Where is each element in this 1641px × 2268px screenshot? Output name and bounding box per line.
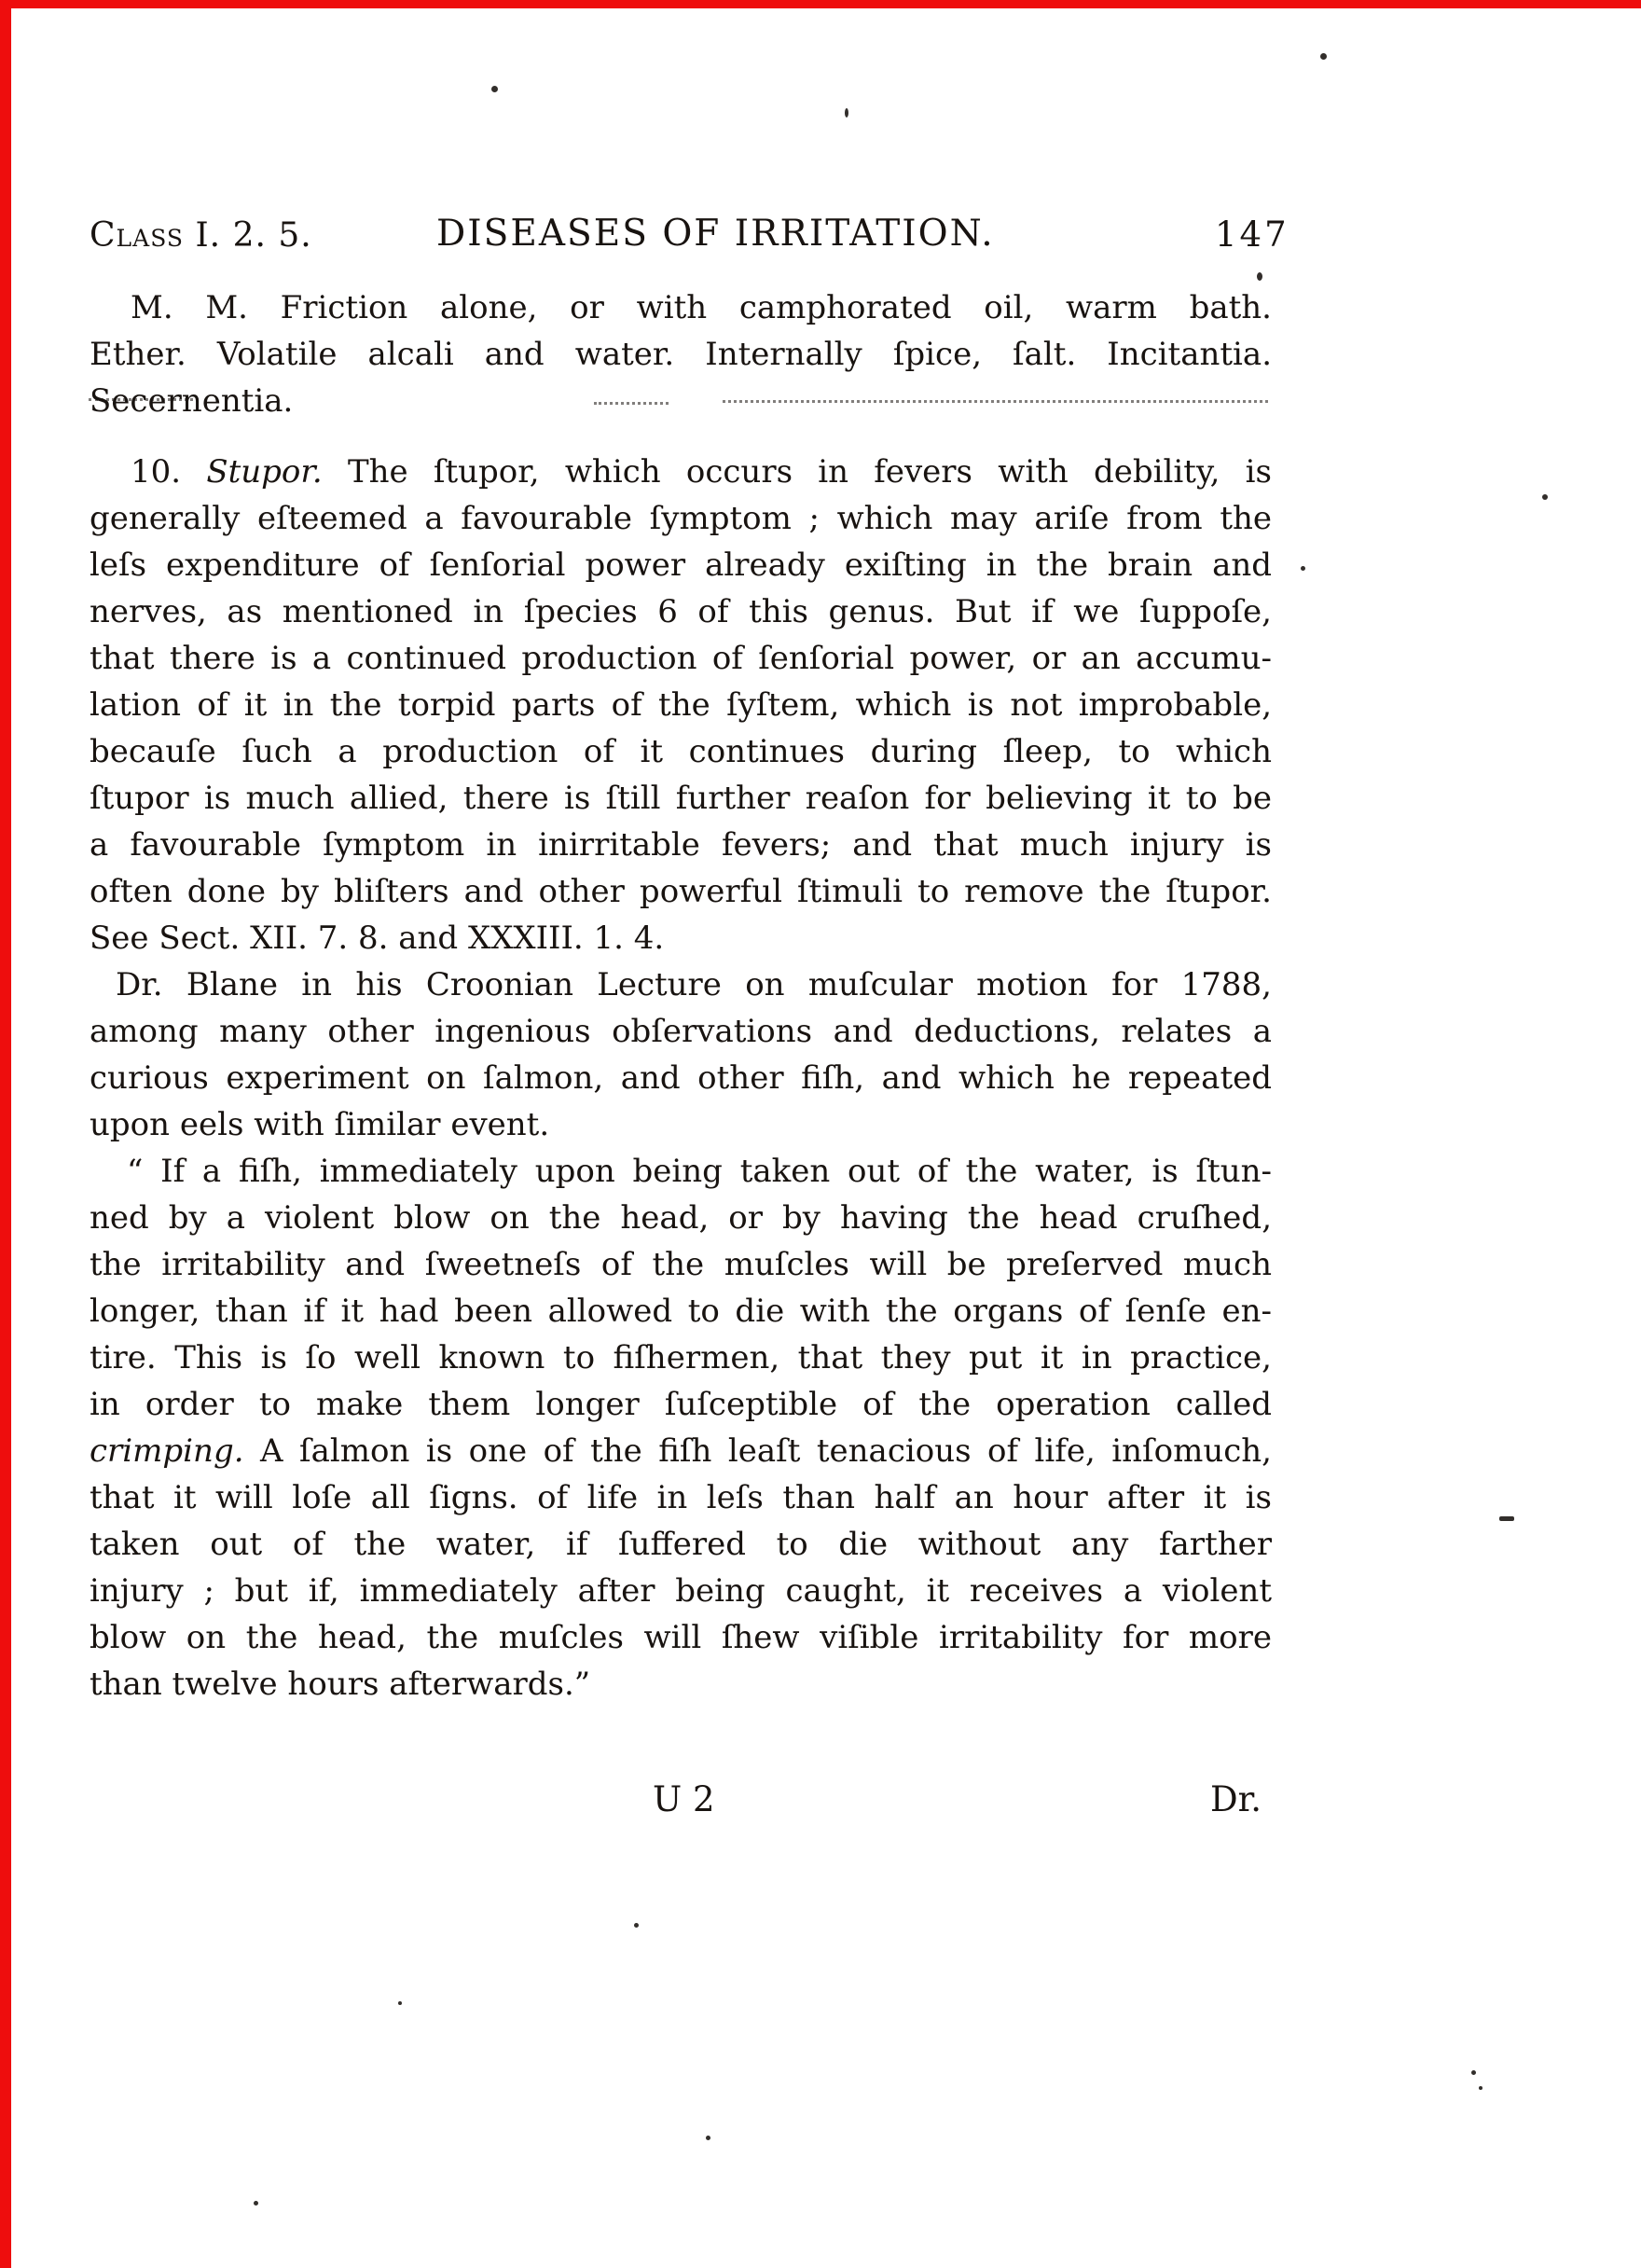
page-title: DISEASES OF IRRITATION. [436,213,995,255]
text-segment: a favourable ſymptom in inirritable feve… [90,826,1272,864]
text-segment: in order to make them longer ſuſceptible… [90,1386,1272,1423]
scan-edge-left [0,0,11,2268]
text-segment: tire. This is ſo well known to fiſhermen… [90,1339,1272,1376]
scan-speck [1471,2070,1476,2075]
text-segment: than twelve hours afterwards.” [90,1666,590,1703]
text-line: curious experiment on ſalmon, and other … [90,1056,1272,1102]
scan-speck [1301,566,1305,571]
paragraph-blane-lecture: Dr. Blane in his Croonian Lecture on muſ… [90,962,1272,1149]
paragraph-fish-quote: “ If a fiſh, immediately upon being take… [90,1149,1272,1708]
text-segment: generally eſteemed a favourable ſymptom … [90,500,1272,537]
text-line: generally eſteemed a favourable ſymptom … [90,496,1272,543]
text-segment: A ſalmon is one of the fiſh leaſt tenaci… [244,1432,1272,1470]
italic-text: crimping. [90,1432,244,1470]
text-segment: curious experiment on ſalmon, and other … [90,1059,1272,1097]
text-segment: ſtupor is much allied, there is ſtill fu… [90,780,1272,817]
text-segment: See Sect. XII. 7. 8. and XXXIII. 1. 4. [90,920,664,957]
header-class-label: Class I. 2. 5. [90,216,312,255]
text-line: that there is a continued production of … [90,636,1272,683]
text-segment: that it will loſe all ſigns. of life in … [90,1479,1272,1516]
text-line: that it will loſe all ſigns. of life in … [90,1475,1272,1522]
text-line: Dr. Blane in his Croonian Lecture on muſ… [90,962,1272,1009]
text-line: ſtupor is much allied, there is ſtill fu… [90,776,1272,823]
scan-speck [706,2136,710,2140]
text-line: Ether. Volatile alcali and water. Intern… [90,332,1272,379]
text-segment: leſs expenditure of ſenſorial power alre… [90,546,1272,584]
scan-mark [723,400,1268,403]
text-line: crimping. A ſalmon is one of the fiſh le… [90,1429,1272,1475]
scan-mark [89,398,199,401]
text-segment: lation of it in the torpid parts of the … [90,686,1272,724]
text-line: leſs expenditure of ſenſorial power alre… [90,543,1272,589]
scanned-book-page: Class I. 2. 5. DISEASES OF IRRITATION. 1… [0,0,1641,2268]
text-line: ned by a violent blow on the head, or by… [90,1196,1272,1242]
scan-speck [1542,494,1548,500]
text-line: “ If a fiſh, immediately upon being take… [90,1149,1272,1196]
text-line: becauſe ſuch a production of it continue… [90,729,1272,776]
text-line: M. M. Friction alone, or with camphorate… [90,285,1272,332]
scan-speck [1479,2086,1482,2090]
text-line: often done by bliſters and other powerfu… [90,869,1272,916]
scan-speck [398,2001,402,2005]
text-segment: blow on the head, the muſcles will ſhew … [90,1619,1272,1656]
italic-text: Stupor. [206,453,322,491]
scan-speck [1257,272,1262,281]
text-line: See Sect. XII. 7. 8. and XXXIII. 1. 4. [90,916,1272,962]
text-segment: longer, than if it had been allowed to d… [90,1293,1272,1330]
text-segment: often done by bliſters and other powerfu… [90,873,1272,910]
text-line: a favourable ſymptom in inirritable feve… [90,823,1272,869]
text-line: taken out of the water, if ſuffered to d… [90,1522,1272,1569]
text-segment: Dr. Blane in his Croonian Lecture on muſ… [116,966,1272,1003]
scan-speck [845,108,848,118]
text-line: 10. Stupor. The ſtupor, which occurs in … [90,449,1272,496]
text-segment: “ If a fiſh, immediately upon being take… [127,1153,1272,1190]
text-line: upon eels with ſimilar event. [90,1102,1272,1149]
paragraph-materia-medica: M. M. Friction alone, or with camphorate… [90,285,1272,425]
scan-speck [254,2201,258,2206]
text-line: in order to make them longer ſuſceptible… [90,1382,1272,1429]
scan-speck [491,86,498,92]
text-line: lation of it in the torpid parts of the … [90,683,1272,729]
page-number: 147 [1215,214,1289,255]
text-line: tire. This is ſo well known to fiſhermen… [90,1335,1272,1382]
text-segment: taken out of the water, if ſuffered to d… [90,1526,1272,1563]
scan-speck [1499,1516,1514,1521]
text-line: than twelve hours afterwards.” [90,1662,1272,1708]
text-line: injury ; but if, immediately after being… [90,1569,1272,1615]
text-segment: ned by a violent blow on the head, or by… [90,1199,1272,1237]
text-segment: that there is a continued production of … [90,640,1272,677]
text-line: nerves, as mentioned in ſpecies 6 of thi… [90,589,1272,636]
text-segment: nerves, as mentioned in ſpecies 6 of thi… [90,593,1272,630]
text-line: longer, than if it had been allowed to d… [90,1289,1272,1335]
text-segment: The ſtupor, which occurs in fevers with … [323,453,1272,491]
text-segment: becauſe ſuch a production of it continue… [90,733,1272,770]
text-segment: injury ; but if, immediately after being… [90,1572,1272,1610]
text-segment: M. M. Friction alone, or with camphorate… [131,289,1272,326]
text-segment: among many other ingenious obſervations … [90,1013,1272,1050]
scan-edge-top [0,0,1641,8]
text-body: M. M. Friction alone, or with camphorate… [90,285,1272,1708]
scan-mark [594,402,669,405]
scan-speck [634,1923,639,1928]
text-segment: 10. [131,453,206,491]
scan-speck [1320,53,1327,60]
paragraph-stupor: 10. Stupor. The ſtupor, which occurs in … [90,449,1272,962]
text-segment: Ether. Volatile alcali and water. Intern… [90,336,1272,373]
text-segment: upon eels with ſimilar event. [90,1106,549,1143]
signature-mark: U 2 [653,1779,714,1819]
text-line: blow on the head, the muſcles will ſhew … [90,1615,1272,1662]
text-line: the irritability and ſweetneſs of the mu… [90,1242,1272,1289]
catchword: Dr. [1210,1779,1262,1819]
text-line: among many other ingenious obſervations … [90,1009,1272,1056]
text-segment: Secernentia. [90,382,293,420]
text-segment: the irritability and ſweetneſs of the mu… [90,1246,1272,1283]
